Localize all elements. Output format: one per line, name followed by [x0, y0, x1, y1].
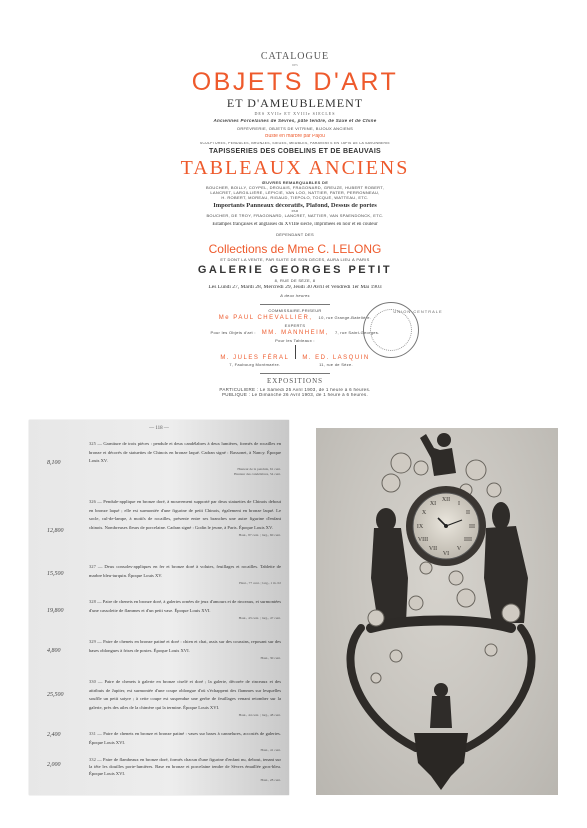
svg-text:IIII: IIII: [464, 537, 472, 543]
wall-clock-illustration: XIIIII IIIIIIIV VIVIIVIII IXXXI: [316, 428, 558, 795]
expositions-heading: EXPOSITIONS: [150, 378, 440, 385]
artists-line-4: BOUCHER, DE TROY, FRAGONARD, LANCRET, NA…: [150, 214, 440, 218]
lot-number: 331: [89, 731, 96, 736]
price-annotation: 8,100: [47, 460, 61, 466]
catalogue-entry: 2,000 332 — Paire de flambeaux en bronze…: [37, 756, 281, 783]
svg-text:II: II: [466, 510, 470, 516]
lasquin-address: 11, rue de Sèze.: [302, 362, 369, 367]
child-figure: [430, 683, 452, 728]
subtitle: ET D'AMEUBLEMENT: [150, 97, 440, 109]
feral-address: 7, Faubourg Montmartre.: [220, 362, 289, 367]
price-annotation: 2,400: [47, 732, 61, 738]
price-annotation: 25,500: [47, 692, 64, 698]
objets-label: Pour les Objets d'art :: [211, 330, 256, 335]
catalogue-entry: 2,400 331 — Paire de chenets en bronze e…: [37, 730, 281, 753]
lot-description: Paire de chenets à galerie en bronze cis…: [89, 679, 281, 710]
lot-dimensions: Haut., 87 cent. ; larg., 60 cent.: [89, 532, 281, 538]
price-annotation: 12,800: [47, 528, 64, 534]
vente-line: ET DONT LA VENTE, PAR SUITE DE SON DÉCÈS…: [150, 258, 440, 262]
clock-case: XIIIII IIIIIIIV VIVIIVIII IXXXI: [406, 486, 486, 566]
lot-dimensions: Hauteur des candélabres, 54 cent.: [89, 472, 281, 476]
lot-description: Paire de chenets en bronze et bronze pat…: [89, 731, 281, 745]
commissaire-name: Me PAUL CHEVALLIER,: [219, 315, 313, 321]
title-page: CATALOGUE DES OBJETS D'ART ET D'AMEUBLEM…: [150, 40, 440, 390]
catalogue-page: — 118 — 8,100 325 — Garniture de trois p…: [29, 420, 289, 795]
sculptures-line: SCULPTURES, PENDULES, BRONZES, SIÈGES, M…: [150, 142, 440, 145]
library-stamp: UNION CENTRALE: [363, 302, 419, 358]
catalogue-entry: 12,800 326 — Pendule-applique en bronze …: [37, 498, 281, 538]
feral-name: M. JULES FÉRAL: [220, 355, 289, 361]
lot-dimensions: Haut., 44 cent. ; larg., 48 cent.: [89, 712, 281, 718]
lot-number: 330: [89, 679, 96, 684]
catalogue-heading: CATALOGUE: [150, 52, 440, 62]
stamp-text: UNION CENTRALE: [391, 309, 445, 314]
tableaux-title: TABLEAUX ANCIENS: [150, 158, 440, 178]
lot-description: Deux consoles-appliques en fer et bronze…: [89, 564, 281, 578]
address-line: 8, RUE DE SÈZE, 8: [150, 279, 440, 283]
lot-number: 326: [89, 499, 96, 504]
divider: [260, 304, 330, 305]
oeuvres-line: ŒUVRES REMARQUABLES DE: [150, 181, 440, 185]
lot-description: Garniture de trois pièces : pendule et d…: [89, 441, 281, 463]
expert-separator: [295, 345, 296, 359]
price-annotation: 4,800: [47, 648, 61, 654]
artists-line-3: H. ROBERT, MOREAU, RIGAUD, TIEPOLO, TOCQ…: [150, 196, 440, 200]
lot-dimensions: Haut., 43 cent. ; larg., 47 cent.: [89, 615, 281, 621]
lot-dimensions: Haut., 41 cent.: [89, 747, 281, 753]
svg-text:V: V: [457, 546, 462, 552]
svg-text:VII: VII: [429, 546, 437, 552]
exposition-publique: PUBLIQUE : Le Dimanche 26 Avril 1903, de…: [150, 393, 440, 398]
catalogue-entry: 25,500 330 — Paire de chenets à galerie …: [37, 678, 281, 718]
lot-number: 327: [89, 564, 96, 569]
svg-text:XII: XII: [442, 497, 450, 503]
catalogue-entry: 15,500 327 — Deux consoles-appliques en …: [37, 563, 281, 586]
lot-number: 328: [89, 599, 96, 604]
artists-line-1: BOUCHER, BOILLY, COYPEL, DROUAIS, FRAGON…: [150, 186, 440, 190]
price-annotation: 19,800: [47, 608, 64, 614]
chinese-figure-right: [484, 502, 528, 623]
svg-text:III: III: [469, 524, 475, 530]
des-text: DES: [150, 64, 440, 68]
dependant-line: DÉPENDANT DES: [150, 233, 440, 237]
svg-text:I: I: [458, 501, 460, 507]
chinese-figure-left: [371, 508, 408, 623]
lot-description: Pendule-applique en bronze doré, à mouve…: [89, 499, 281, 530]
dates-line: Les Lundi 27, Mardi 28, Mercredi 29, Jeu…: [150, 285, 440, 291]
lot-number: 329: [89, 639, 96, 644]
lot-description: Paire de flambeaux en bronze doré, formé…: [89, 757, 281, 776]
commissaire-address: 10, rue Grange-Batelière.: [319, 315, 372, 320]
svg-text:IX: IX: [417, 524, 424, 530]
panneaux-line: Importants Panneaux décoratifs, Plafond,…: [150, 203, 440, 210]
galerie-line: GALERIE GEORGES PETIT: [150, 265, 440, 276]
tapisseries-line: TAPISSERIES DES COBELINS ET DE BEAUVAIS: [150, 148, 440, 155]
page-number: — 118 —: [29, 426, 289, 431]
lot-dimensions: Haut., 28 cent.: [89, 777, 281, 783]
catalogue-entry: 8,100 325 — Garniture de trois pièces : …: [37, 440, 281, 476]
lot-number: 325: [89, 441, 96, 446]
lot-dimensions: Haut., 77 cent. ; larg., 1 m. 02: [89, 580, 281, 586]
buste-line: Buste en marbre par Pajou: [150, 134, 440, 139]
clock-photograph: XIIIII IIIIIIIV VIVIIVIII IXXXI: [316, 428, 558, 795]
price-annotation: 2,000: [47, 762, 61, 768]
lot-description: Paire de chenets en bronze doré, à galer…: [89, 599, 281, 613]
cul-de-lampe-base: [414, 733, 468, 790]
svg-text:XI: XI: [430, 501, 436, 507]
orfevrerie-line: ORFÈVRERIE, OBJETS DE VITRINE, BIJOUX AN…: [150, 127, 440, 131]
lot-dimensions: Haut., 30 cent.: [89, 655, 281, 661]
estampes-line: Estampes françaises et anglaises du XVII…: [150, 222, 440, 227]
exposition-particuliere: PARTICULIÈRE : Le Samedi 25 Avril 1903, …: [150, 388, 440, 393]
porcelaines-line: Anciennes Porcelaines de Sèvres, pâte te…: [150, 119, 440, 124]
artists-line-2: LANCRET, LARGILLIÈRE, LÉPICIÉ, VAN LOO, …: [150, 191, 440, 195]
lot-description: Paire de chenets en bronze patiné et dor…: [89, 639, 281, 653]
mannheim-name: MM. MANNHEIM,: [262, 330, 329, 336]
catalogue-entry: 19,800 328 — Paire de chenets en bronze …: [37, 598, 281, 621]
par-text: PAR: [150, 210, 440, 213]
svg-text:X: X: [422, 510, 427, 516]
heure-line: À deux heures: [150, 294, 440, 298]
centuries: DES XVIIe ET XVIIIe SIÈCLES: [150, 112, 440, 116]
catalogue-entry: 4,800 329 — Paire de chenets en bronze p…: [37, 638, 281, 661]
svg-text:VI: VI: [443, 551, 449, 557]
main-title: OBJETS D'ART: [150, 70, 440, 95]
lot-number: 332: [89, 757, 96, 762]
collections-line: Collections de Mme C. LELONG: [150, 243, 440, 255]
divider: [260, 373, 330, 374]
price-annotation: 15,500: [47, 571, 64, 577]
lasquin-name: M. ED. LASQUIN: [302, 355, 369, 361]
svg-text:VIII: VIII: [418, 537, 428, 543]
